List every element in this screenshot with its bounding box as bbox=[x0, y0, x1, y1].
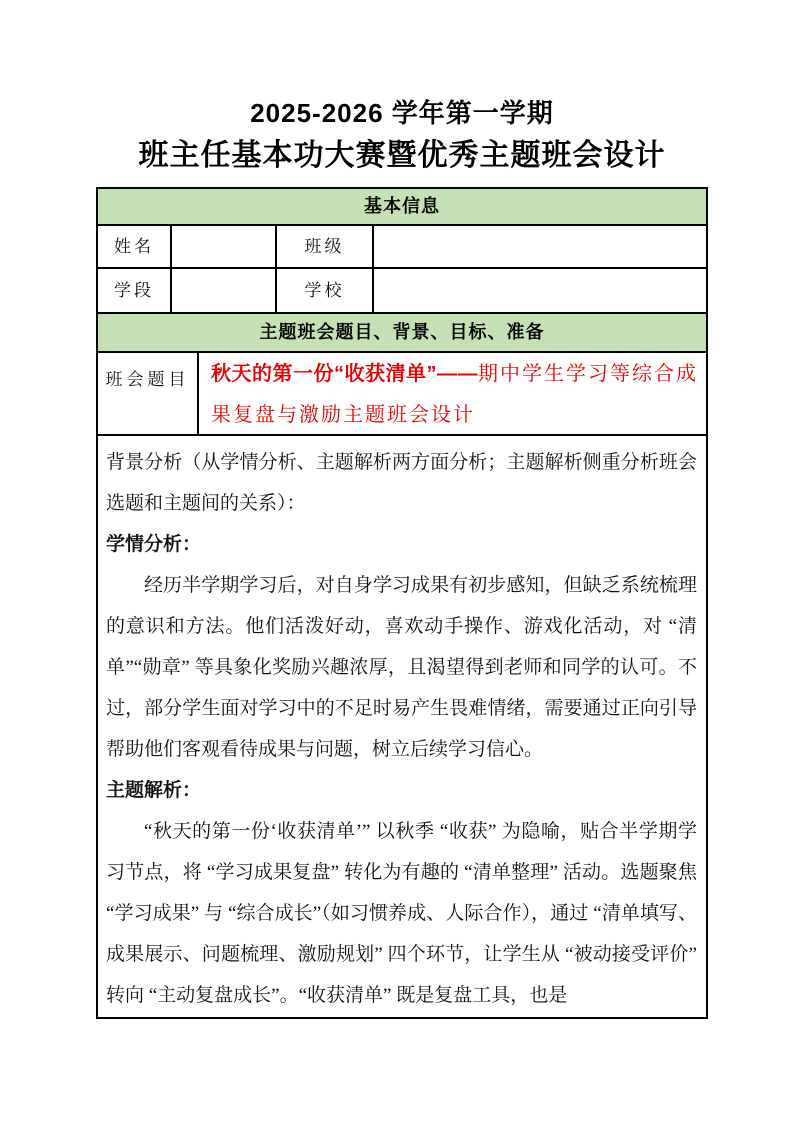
stage-value-field[interactable] bbox=[172, 269, 277, 314]
section-row-topic-info: 主题班会题目、背景、目标、准备 bbox=[98, 314, 708, 353]
table-row-meeting-topic: 班会题目 秋天的第一份“收获清单”——期中学生学习等综合成果复盘与激励主题班会设… bbox=[98, 353, 708, 436]
table-row-stage-school: 学段 学校 bbox=[98, 269, 708, 314]
document-title-line1: 2025-2026 学年第一学期 bbox=[96, 96, 708, 130]
meeting-topic-title-bold: 秋天的第一份“收获清单”—— bbox=[211, 363, 478, 385]
document-title-line2: 班主任基本功大赛暨优秀主题班会设计 bbox=[96, 134, 708, 178]
meeting-topic-label: 班会题目 bbox=[98, 353, 199, 436]
background-analysis-cell: 背景分析（从学情分析、主题解析两方面分析；主题解析侧重分析班会选题和主题间的关系… bbox=[98, 436, 708, 1019]
name-value-field[interactable] bbox=[172, 226, 277, 269]
page-content: 2025-2026 学年第一学期 班主任基本功大赛暨优秀主题班会设计 基本信息 … bbox=[96, 0, 708, 1019]
learning-situation-subheading: 学情分析： bbox=[106, 524, 697, 565]
table-row-background-analysis: 背景分析（从学情分析、主题解析两方面分析；主题解析侧重分析班会选题和主题间的关系… bbox=[98, 436, 708, 1019]
class-label: 班级 bbox=[277, 226, 374, 269]
document-page: { "doc": { "title_line1": "2025-2026 学年第… bbox=[0, 0, 793, 1122]
topic-section-header: 主题班会题目、背景、目标、准备 bbox=[98, 314, 708, 353]
meeting-topic-title: 秋天的第一份“收获清单”——期中学生学习等综合成果复盘与激励主题班会设计 bbox=[199, 353, 708, 436]
basic-info-header: 基本信息 bbox=[98, 189, 708, 226]
table-row-name-class: 姓名 班级 bbox=[98, 226, 708, 269]
class-value-field[interactable] bbox=[374, 226, 708, 269]
theme-analysis-paragraph: “秋天的第一份‘收获清单’” 以秋季 “收获” 为隐喻，贴合半学期学习节点，将 … bbox=[106, 811, 697, 1016]
learning-situation-paragraph: 经历半学期学习后，对自身学习成果有初步感知，但缺乏系统梳理的意识和方法。他们活泼… bbox=[106, 565, 697, 770]
form-table: 基本信息 姓名 班级 学段 学校 主题班会题目、背景、目标、准备 班会题目 秋天… bbox=[96, 187, 708, 1019]
school-value-field[interactable] bbox=[374, 269, 708, 314]
theme-analysis-subheading: 主题解析： bbox=[106, 770, 697, 811]
name-label: 姓名 bbox=[98, 226, 172, 269]
section-row-basic-info: 基本信息 bbox=[98, 189, 708, 226]
background-intro: 背景分析（从学情分析、主题解析两方面分析；主题解析侧重分析班会选题和主题间的关系… bbox=[106, 442, 697, 524]
school-label: 学校 bbox=[277, 269, 374, 314]
stage-label: 学段 bbox=[98, 269, 172, 314]
